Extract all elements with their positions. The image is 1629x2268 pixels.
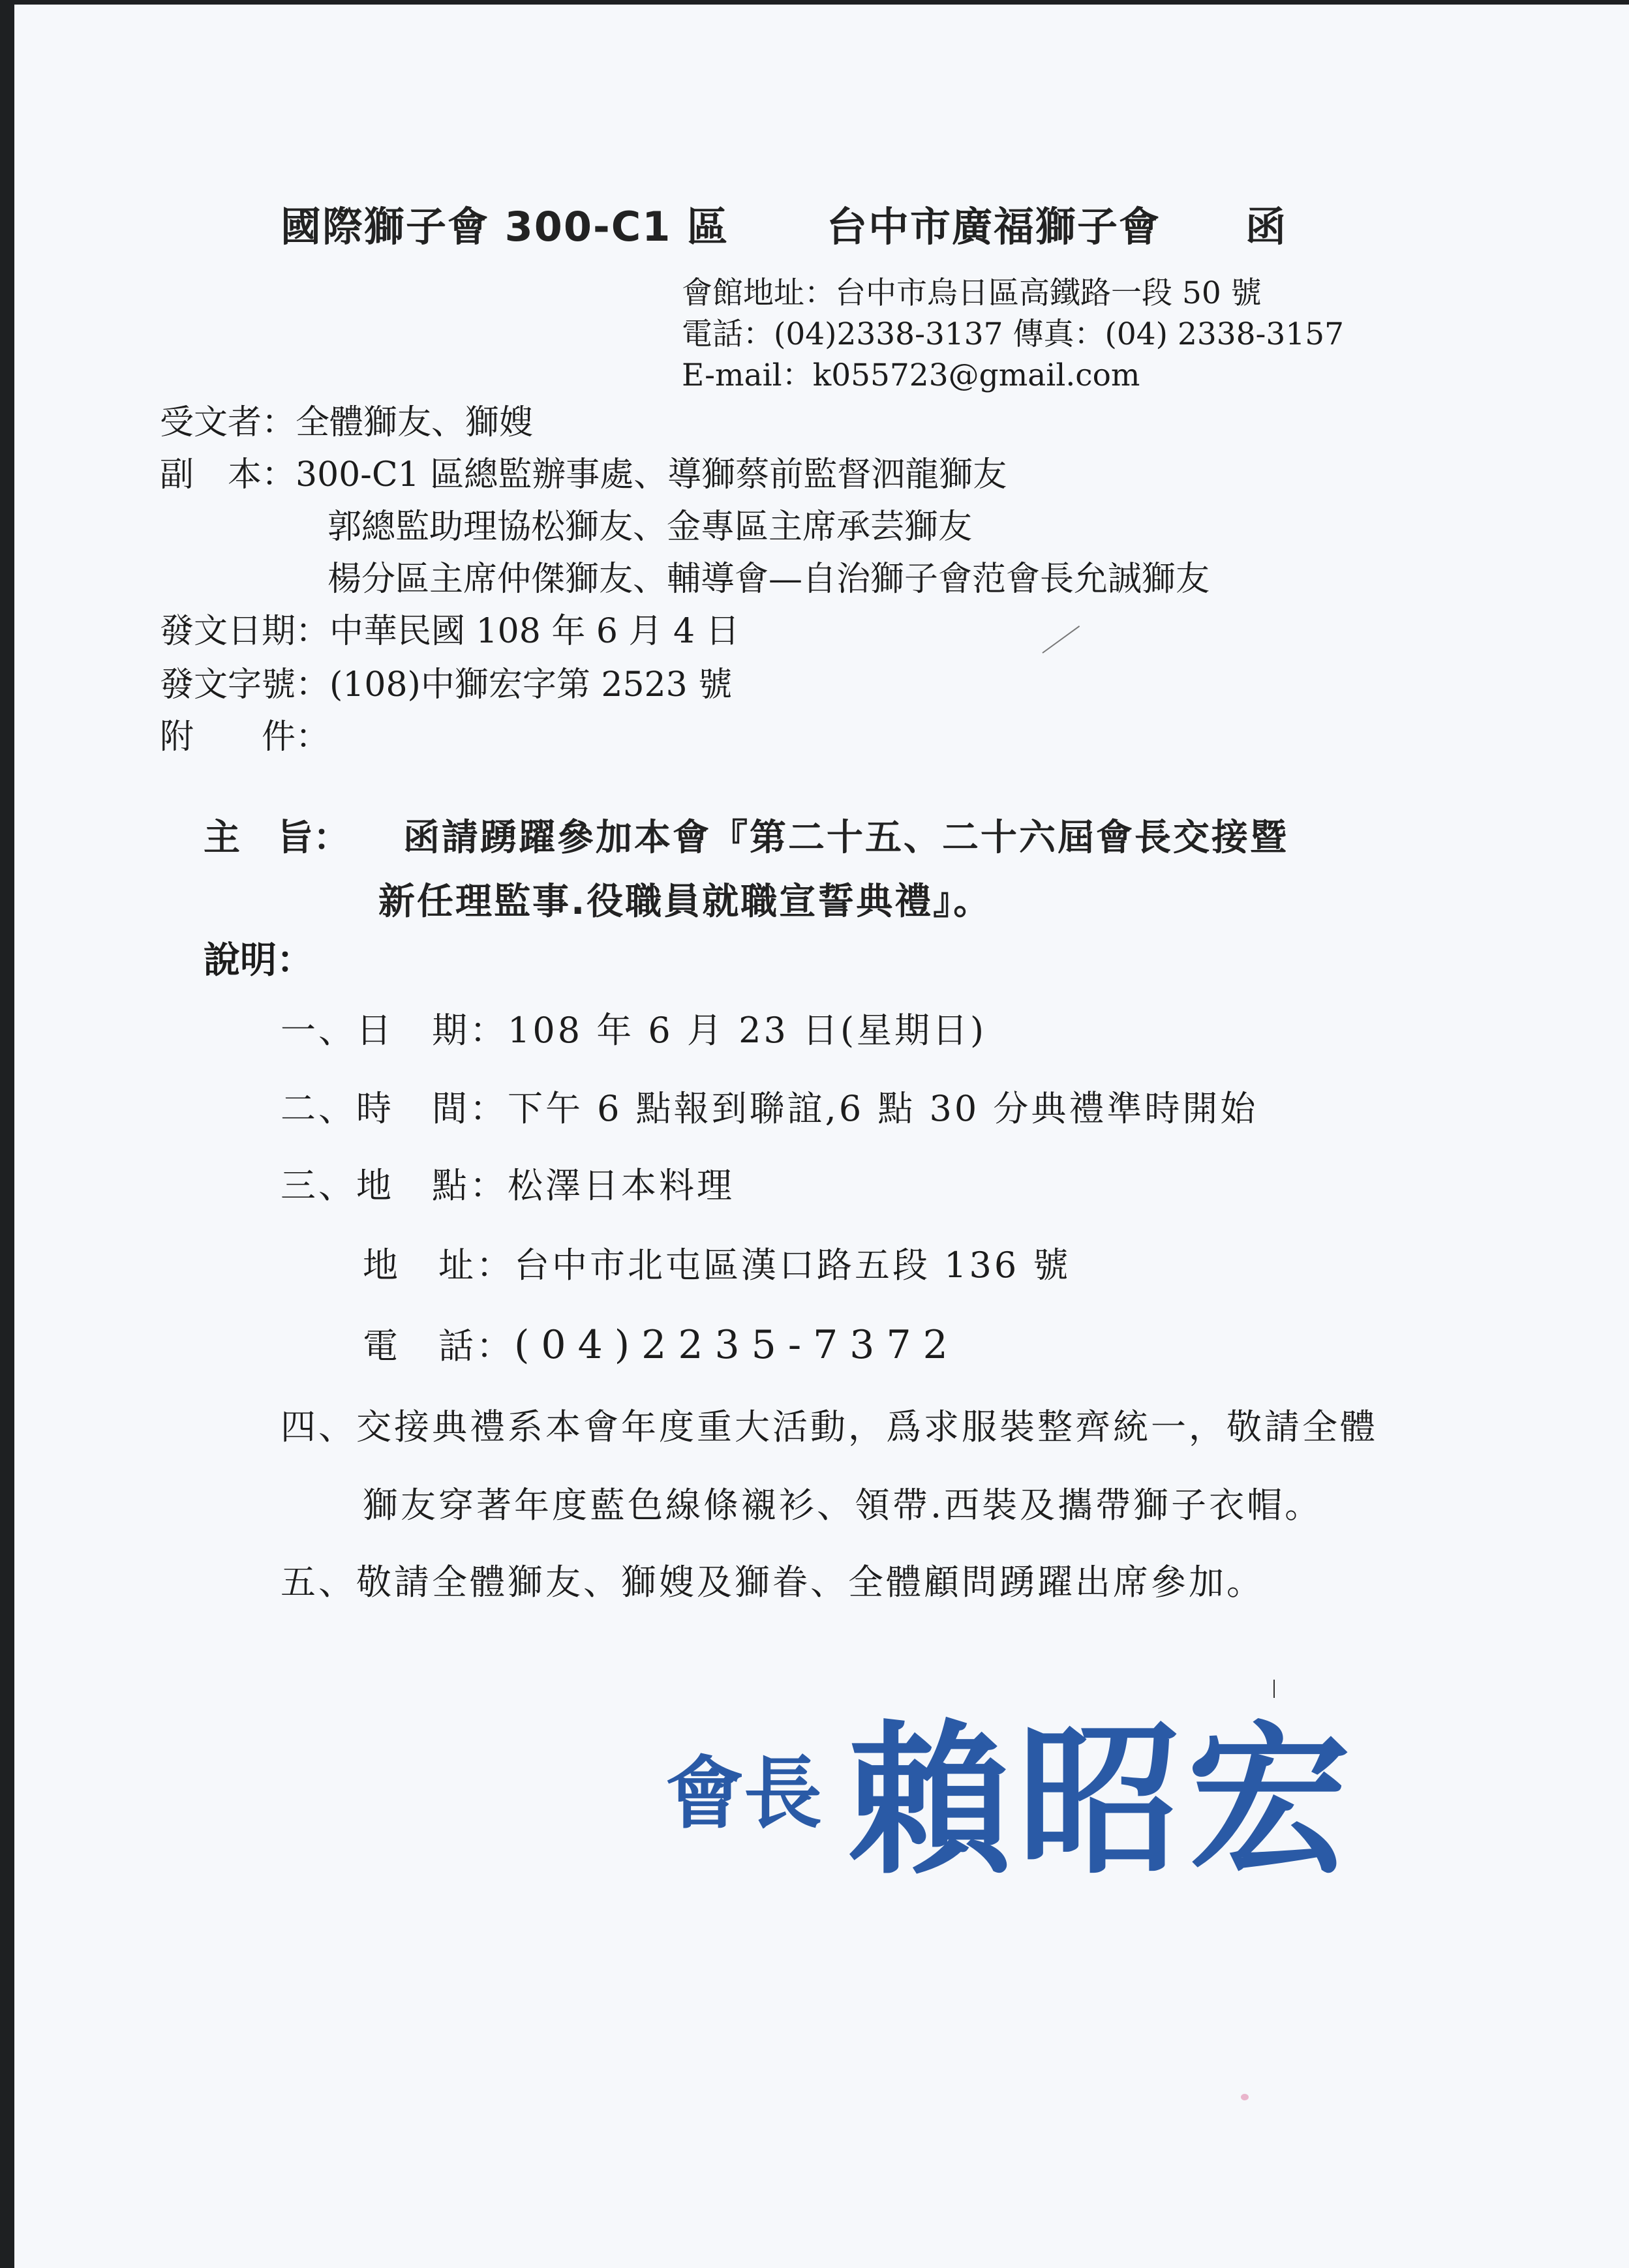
document-number-value: (108)中獅宏字第 2523 號 [329,665,732,704]
recipient-value: 全體獅友、獅嫂 [296,403,533,442]
scan-speck [1241,2094,1249,2100]
recipient-row: 受文者：全體獅友、獅嫂 [160,403,533,442]
subject-text-line: 新任理監事.役職員就職宣誓典禮』。 [378,873,992,925]
explanation-item-phone: 電 話：(04)2235-7372 [363,1324,960,1367]
club-address: 會館地址：台中市烏日區高鐵路一段 50 號 [682,273,1344,314]
cc-label: 副 本： [160,455,296,494]
cc-row: 副 本：300-C1 區總監辦事處、導獅蔡前監督泗龍獅友 [160,455,1007,494]
cc-line: 楊分區主席仲傑獅友、輔導會—自治獅子會范會長允誠獅友 [327,560,1210,599]
club-email: E-mail：k055723@gmail.com [682,355,1344,396]
cc-line: 郭總監助理協松獅友、金專區主席承芸獅友 [327,507,972,547]
explanation-item-venue: 三、地 點：松澤日本料理 [281,1165,735,1207]
issue-date-label: 發文日期： [160,612,329,651]
document-type: 函 [1245,194,1287,252]
scan-border-left [0,0,14,2268]
stray-pen-mark [1042,626,1080,654]
scan-border-top [0,0,1629,5]
signature-title: 會長 [665,1747,822,1839]
signature-name: 賴昭宏 [848,1704,1357,1896]
contact-block: 會館地址：台中市烏日區高鐵路一段 50 號 電話：(04)2338-3137 傳… [682,273,1344,396]
explanation-item-dress-code-cont: 獅友穿著年度藍色線條襯衫、領帶.西裝及攜帶獅子衣帽。 [363,1485,1322,1526]
club-name: 台中市廣福獅子會 [827,194,1161,252]
letterhead-title: 國際獅子會 300-C1 區台中市廣福獅子會函 [281,194,1287,252]
stray-tick-mark [1273,1680,1275,1698]
cc-line: 300-C1 區總監辦事處、導獅蔡前監督泗龍獅友 [296,455,1007,494]
subject-label: 主 旨： [204,809,350,861]
club-phone-fax: 電話：(04)2338-3137 傳真：(04) 2338-3157 [682,314,1344,355]
issue-date-value: 中華民國 108 年 6 月 4 日 [329,612,740,651]
president-signature: 會長賴昭宏 [665,1670,1357,1905]
explanation-label: 說明： [204,931,313,984]
venue-phone-value: (04)2235-7372 [514,1322,960,1368]
issue-date-row: 發文日期：中華民國 108 年 6 月 4 日 [160,612,740,651]
explanation-item-date: 一、日 期：108 年 6 月 23 日(星期日) [281,1010,986,1051]
attachment-label: 附 件： [160,718,329,757]
explanation-item-dress-code: 四、交接典禮系本會年度重大活動，爲求服裝整齊統一，敬請全體 [281,1406,1378,1448]
document-number-label: 發文字號： [160,665,329,704]
explanation-item-attendance: 五、敬請全體獅友、獅嫂及獅眷、全體顧問踴躍出席參加。 [281,1562,1264,1603]
document-number-row: 發文字號：(108)中獅宏字第 2523 號 [160,665,732,704]
venue-phone-label: 電 話： [363,1325,514,1367]
organization-name: 國際獅子會 300-C1 區 [281,194,729,252]
attachment-row: 附 件： [160,718,329,757]
explanation-item-time: 二、時 間：下午 6 點報到聯誼,6 點 30 分典禮準時開始 [281,1088,1258,1130]
explanation-item-address: 地 址：台中市北屯區漢口路五段 136 號 [363,1245,1071,1286]
subject-text-line: 函請踴躍參加本會『第二十五、二十六屆會長交接暨 [403,809,1288,861]
recipient-label: 受文者： [160,403,296,442]
